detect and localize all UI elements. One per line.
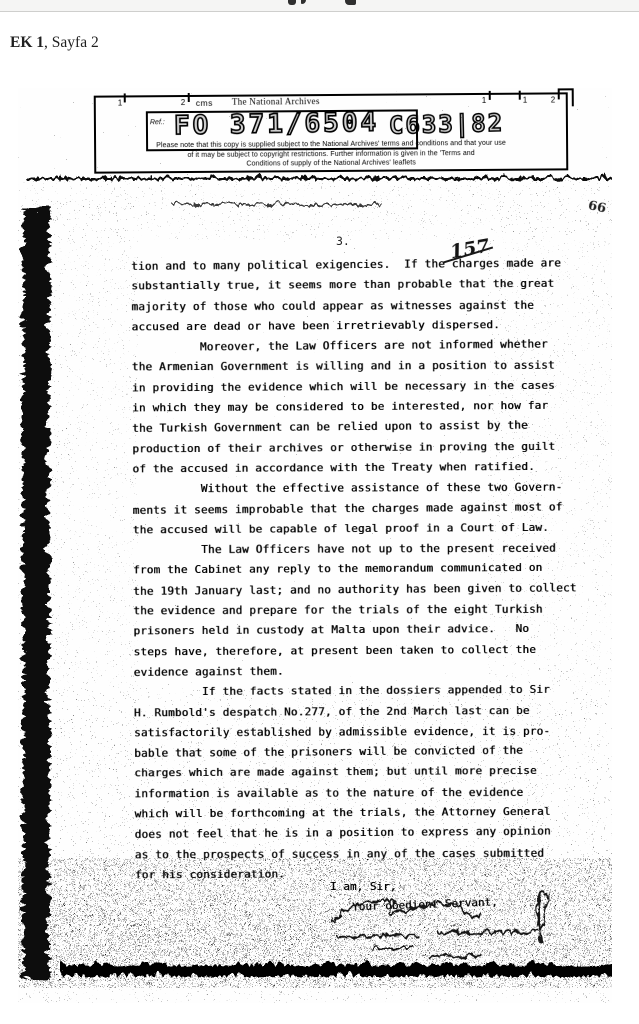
typed-line: H. Rumbold's despatch No.277, of the 2nd… [134,703,594,726]
typed-line: evidence against them. [134,662,594,686]
typed-line: charges which are made against them; but… [134,764,594,787]
closing-salutation: I am, Sir, [330,880,396,893]
cutoff-text-descender [301,0,306,4]
page: EK 1, Sayfa 2 1 2 cms The National Archi… [0,0,639,1024]
typed-line: in providing the evidence which will be … [132,378,592,401]
typed-line: production of their archives or otherwis… [132,439,592,462]
copyright-notice-line: Conditions of supply of the National Arc… [102,157,560,170]
typed-line: tion and to many political exigencies. I… [131,256,591,280]
reference-label: Ref.: [150,119,165,126]
signature-scrawl [308,878,608,988]
stamp-corner-bracket [558,88,574,106]
typed-line: the Turkish Government can be relied upo… [132,418,592,442]
typed-line: substantially true, it seems more than p… [131,277,591,300]
typed-line: ments it seems improbable that the charg… [133,500,593,524]
typed-line: Moreover, the Law Officers are not infor… [132,337,592,361]
document-scan-image: 1 2 cms The National Archives 1 1 2 Ref.… [18,88,612,1003]
archive-name: The National Archives [96,95,456,108]
typed-line: of the accused in accordance with the Tr… [132,460,592,483]
copyright-notice: Please note that this copy is supplied s… [102,138,560,170]
typed-line: the accused will be capable of legal pro… [133,520,593,543]
ruler-tick-label: 1 [523,96,528,105]
typed-line: does not feel that he is in a position t… [135,824,595,848]
cutoff-header-strip [0,0,639,12]
ruler-tick-label: 1 [482,96,487,105]
typed-line: bable that some of the prisoners will be… [134,743,594,767]
page-subtitle: , Sayfa 2 [44,34,99,51]
ruler-tick [519,91,521,100]
document-number: C633|82 [389,109,505,140]
archive-stamp: 1 2 cms The National Archives 1 1 2 Ref.… [94,92,569,173]
typed-line: the Armenian Government is willing and i… [132,359,592,381]
handwritten-annotation-66: 66 [587,198,608,216]
annex-label: EK 1 [10,34,44,51]
typed-line: the evidence and prepare for the trials … [133,603,593,625]
typed-line: information is available as to the natur… [134,785,594,807]
typed-line: majority of those who could appear as wi… [131,298,591,320]
cutoff-text-descender [288,0,296,5]
page-number: 3. [336,234,350,248]
ruler-tick-label: 2 [551,95,556,104]
letter-body: tion and to many political exigencies. I… [131,257,595,889]
typed-line: Without the effective assistance of thes… [132,481,592,503]
ruler-tick [489,91,491,100]
typed-line: prisoners held in custody at Malta upon … [133,622,593,645]
closing-signoff: Your obedient Servant, [352,895,498,913]
page-title: EK 1, Sayfa 2 [10,34,99,52]
typed-line: The Law Officers have not up to the pres… [133,542,593,564]
typed-line: as to the prospects of success in any of… [135,846,595,868]
reference-number: FO 371/6504 [174,108,380,142]
typed-line: the 19th January last; and no authority … [133,581,593,605]
typed-line: If the facts stated in the dossiers appe… [134,683,594,706]
cutoff-text-descender [345,0,356,5]
